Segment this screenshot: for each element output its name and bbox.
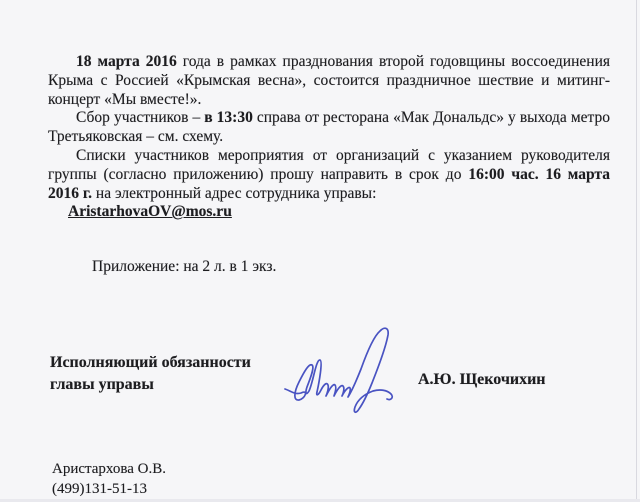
paragraph-gathering-info: Сбор участников – в 13:30 справа от рест… bbox=[48, 109, 610, 147]
signatory-position-line2: главы управы bbox=[50, 374, 251, 396]
paragraph-event-announcement: 18 марта 2016 года в рамках празднования… bbox=[48, 53, 610, 109]
letter-body: 18 марта 2016 года в рамках празднования… bbox=[48, 53, 610, 222]
scanned-letter-page: 18 марта 2016 года в рамках празднования… bbox=[0, 0, 640, 502]
signatory-name: А.Ю. Щекочихин bbox=[418, 371, 546, 389]
executor-contact: Аристархова О.В. (499)131-51-13 bbox=[52, 460, 166, 499]
paragraph-lists-request: Списки участников мероприятия от организ… bbox=[48, 147, 610, 203]
signatory-position-line1: Исполняющий обязанности bbox=[50, 352, 251, 374]
executor-name: Аристархова О.В. bbox=[52, 460, 166, 480]
contact-email-line: AristarhovaOV@mos.ru bbox=[48, 203, 610, 222]
contact-email: AristarhovaOV@mos.ru bbox=[68, 203, 232, 220]
scan-edge-line bbox=[636, 0, 637, 502]
gathering-time: в 13:30 bbox=[204, 109, 253, 126]
signatory-position: Исполняющий обязанности главы управы bbox=[50, 352, 251, 396]
signature-ink bbox=[281, 325, 405, 421]
event-date: 18 марта 2016 bbox=[76, 53, 177, 70]
attachment-note: Приложение: на 2 л. в 1 экз. bbox=[92, 258, 276, 276]
executor-phone: (499)131-51-13 bbox=[52, 480, 166, 500]
